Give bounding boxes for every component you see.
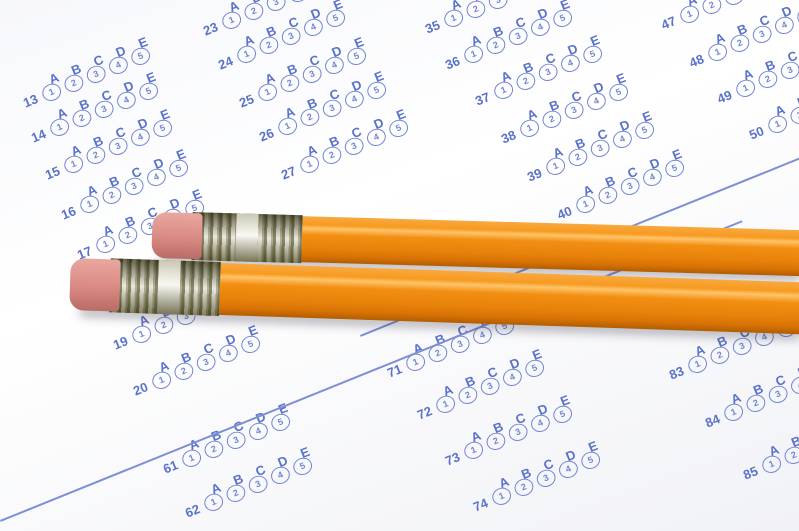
- question-number: 84: [692, 411, 722, 435]
- question-number: 48: [676, 51, 706, 75]
- question-number: 14: [18, 126, 48, 150]
- question-number: 23: [190, 19, 220, 43]
- question-number: 24: [205, 53, 235, 77]
- question-number: 38: [488, 127, 518, 151]
- question-number: 19: [100, 333, 130, 357]
- question-number: 20: [120, 379, 150, 403]
- question-number: 15: [32, 163, 62, 187]
- question-number: 37: [462, 89, 492, 113]
- pencil-ferrule: [109, 258, 221, 316]
- eraser-icon: [69, 258, 121, 312]
- question-number: 83: [656, 363, 686, 387]
- eraser-icon: [151, 212, 202, 259]
- question-number: 71: [374, 361, 404, 385]
- question-number: 36: [432, 53, 462, 77]
- question-number: 73: [432, 449, 462, 473]
- answer-bubble[interactable]: 4: [287, 0, 311, 5]
- question-number: 13: [10, 91, 40, 115]
- answer-bubble[interactable]: 4: [509, 0, 533, 3]
- question-number: 72: [404, 403, 434, 427]
- question-number: 74: [460, 495, 490, 519]
- answer-bubble[interactable]: 3: [486, 0, 510, 12]
- question-number: 47: [648, 13, 678, 37]
- answer-row: 7412345: [460, 447, 608, 521]
- question-number: 27: [268, 163, 298, 187]
- question-number: 61: [150, 457, 180, 481]
- question-number: 50: [736, 123, 766, 147]
- answer-bubble[interactable]: 3: [722, 0, 746, 8]
- question-number: 16: [48, 203, 78, 227]
- answer-bubble[interactable]: 3: [264, 0, 288, 14]
- question-number: 35: [412, 17, 442, 41]
- question-number: 39: [514, 165, 544, 189]
- question-number: 49: [704, 87, 734, 111]
- question-number: 85: [730, 463, 760, 487]
- pencil-ferrule: [191, 212, 302, 263]
- question-number: 62: [172, 501, 202, 525]
- question-number: 25: [226, 91, 256, 115]
- question-number: 26: [246, 125, 276, 149]
